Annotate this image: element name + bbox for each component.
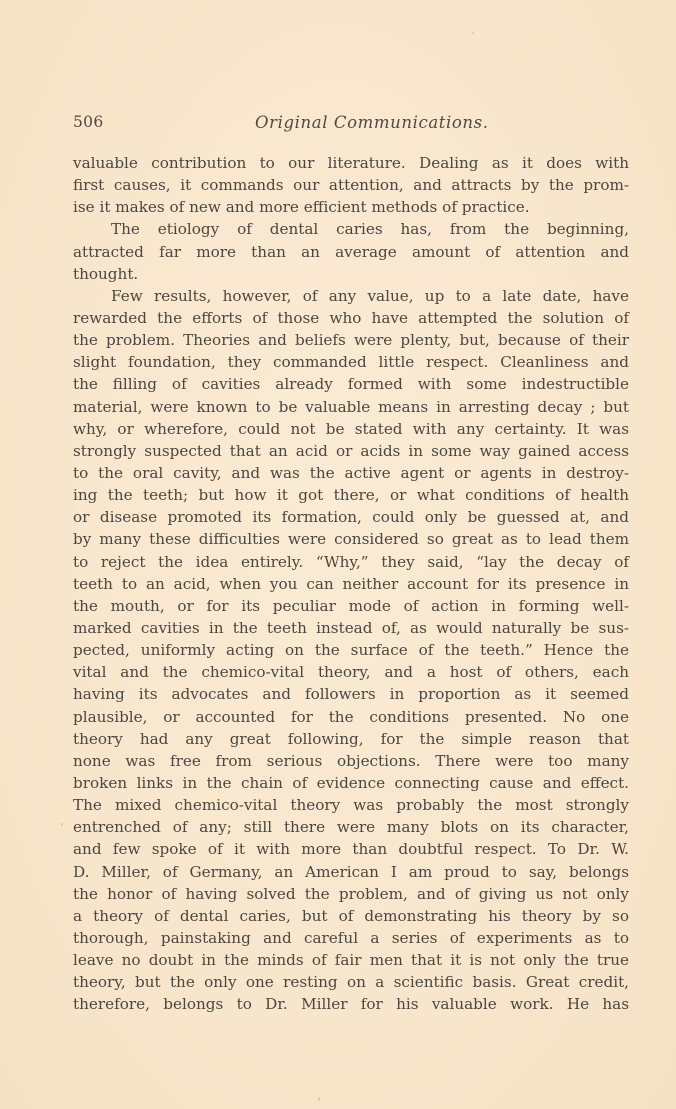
text-line: valuable contribution to our literature.…	[73, 152, 629, 174]
page-number: 506	[73, 113, 104, 131]
book-page: 506 Original Communications. valuable co…	[0, 0, 676, 1109]
paper-speck	[318, 1097, 320, 1101]
text-line: plausible, or accounted for the conditio…	[73, 706, 629, 728]
text-line: having its advocates and followers in pr…	[73, 683, 629, 705]
text-line: first causes, it commands our attention,…	[73, 174, 629, 196]
text-line: slight foundation, they commanded little…	[73, 351, 629, 373]
text-line: the problem. Theories and beliefs were p…	[73, 329, 629, 351]
text-line: ise it makes of new and more efficient m…	[73, 196, 629, 218]
text-line: thorough, painstaking and careful a seri…	[73, 927, 629, 949]
paper-speck	[472, 32, 474, 34]
text-line: to the oral cavity, and was the active a…	[73, 462, 629, 484]
text-line: by many these difficulties were consider…	[73, 528, 629, 550]
text-line: therefore, belongs to Dr. Miller for his…	[73, 993, 629, 1015]
text-line: The mixed chemico-vital theory was proba…	[73, 794, 629, 816]
text-line: the honor of having solved the problem, …	[73, 883, 629, 905]
paper-speck	[61, 823, 63, 826]
text-line: or disease promoted its formation, could…	[73, 506, 629, 528]
text-line: broken links in the chain of evidence co…	[73, 772, 629, 794]
text-line: D. Miller, of Germany, an American I am …	[73, 861, 629, 883]
text-line: rewarded the efforts of those who have a…	[73, 307, 629, 329]
paragraph-start-line: Few results, however, of any value, up t…	[73, 285, 629, 307]
text-line: the filling of cavities already formed w…	[73, 373, 629, 395]
text-line: why, or wherefore, could not be stated w…	[73, 418, 629, 440]
running-title: Original Communications.	[255, 113, 489, 132]
text-line: to reject the idea entirely. “Why,” they…	[73, 551, 629, 573]
text-line: marked cavities in the teeth instead of,…	[73, 617, 629, 639]
text-line: none was free from serious objections. T…	[73, 750, 629, 772]
text-line: theory had any great following, for the …	[73, 728, 629, 750]
text-line: ing the teeth; but how it got there, or …	[73, 484, 629, 506]
running-head: 506 Original Communications.	[73, 113, 629, 137]
text-line: teeth to an acid, when you can neither a…	[73, 573, 629, 595]
text-line: vital and the chemico-vital theory, and …	[73, 661, 629, 683]
text-line: a theory of dental caries, but of demons…	[73, 905, 629, 927]
text-line: and few spoke of it with more than doubt…	[73, 838, 629, 860]
text-line: theory, but the only one resting on a sc…	[73, 971, 629, 993]
text-line: strongly suspected that an acid or acids…	[73, 440, 629, 462]
paragraph-start-line: The etiology of dental caries has, from …	[73, 218, 629, 240]
text-line: material, were known to be valuable mean…	[73, 396, 629, 418]
text-line: thought.	[73, 263, 629, 285]
text-line: entrenched of any; still there were many…	[73, 816, 629, 838]
text-line: leave no doubt in the minds of fair men …	[73, 949, 629, 971]
text-line: attracted far more than an average amoun…	[73, 241, 629, 263]
text-line: the mouth, or for its peculiar mode of a…	[73, 595, 629, 617]
text-line: pected, uniformly acting on the surface …	[73, 639, 629, 661]
body-text: valuable contribution to our literature.…	[73, 152, 629, 1015]
